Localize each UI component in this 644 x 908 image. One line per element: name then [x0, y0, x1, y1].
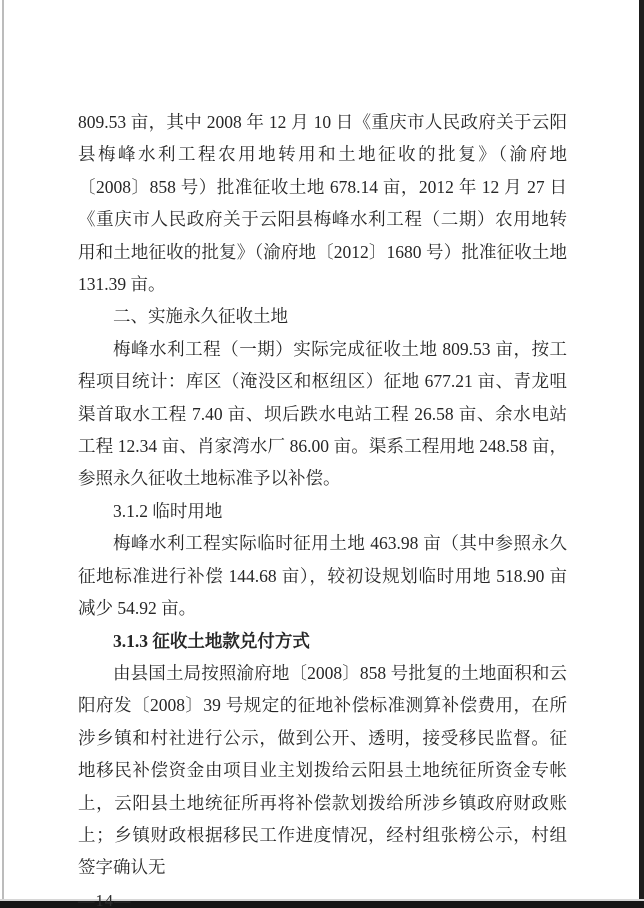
page-right-border — [639, 0, 644, 908]
paragraph-temporary-land: 梅峰水利工程实际临时征用土地 463.98 亩（其中参照永久征地标准进行补偿 1… — [78, 527, 567, 624]
subsection-heading-3-1-2: 3.1.2 临时用地 — [78, 495, 567, 527]
paragraph-payment-method: 由县国土局按照渝府地〔2008〕858 号批复的土地面积和云阳府发〔2008〕3… — [78, 657, 567, 884]
document-page: 809.53 亩，其中 2008 年 12 月 10 日《重庆市人民政府关于云阳… — [0, 0, 644, 908]
subsection-heading-3-1-3: 3.1.3 征收土地款兑付方式 — [78, 625, 567, 657]
paragraph-approval-continuation: 809.53 亩，其中 2008 年 12 月 10 日《重庆市人民政府关于云阳… — [78, 106, 567, 300]
paragraph-permanent-acquisition-detail: 梅峰水利工程（一期）实际完成征收土地 809.53 亩，按工程项目统计：库区（淹… — [78, 333, 567, 495]
page-number: —14— — [78, 886, 567, 908]
page-content: 809.53 亩，其中 2008 年 12 月 10 日《重庆市人民政府关于云阳… — [78, 106, 567, 908]
page-left-border — [2, 0, 4, 908]
section-heading-permanent-acquisition: 二、实施永久征收土地 — [78, 300, 567, 332]
